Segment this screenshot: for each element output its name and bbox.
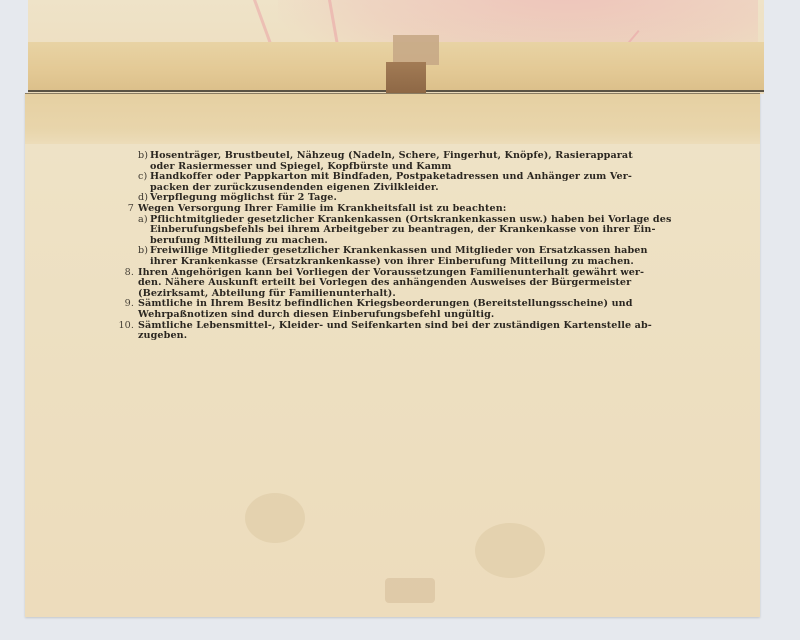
paper-stain (245, 493, 305, 543)
item-number: 9. (108, 299, 134, 310)
text-line: Wegen Versorgung Ihrer Familie im Krankh… (138, 204, 676, 215)
text-line: Hosenträger, Brustbeutel, Nähzeug (Nadel… (150, 151, 676, 162)
item-number: 10. (108, 321, 134, 332)
continued-item: b)Hosenträger, Brustbeutel, Nähzeug (Nad… (108, 151, 676, 204)
text-line: zugeben. (138, 331, 676, 342)
tape-patch (393, 35, 439, 65)
numbered-item: 7Wegen Versorgung Ihrer Familie im Krank… (108, 204, 676, 268)
text-line: Wehrpaßnotizen sind durch diesen Einberu… (138, 310, 676, 321)
numbered-item: 9.Sämtliche in Ihrem Besitz befindlichen… (108, 299, 676, 320)
item-number: 7 (108, 204, 134, 215)
paper-stain (385, 578, 435, 603)
sub-item: a)Pflichtmitglieder gesetzlicher Kranken… (138, 215, 676, 247)
sub-item: b)Freiwillige Mitglieder gesetzlicher Kr… (138, 246, 676, 267)
tape-strip-lower (25, 93, 760, 144)
text-line: Sämtliche Lebensmittel-, Kleider- und Se… (138, 321, 676, 332)
text-line: ihrer Krankenkasse (Ersatzkrankenkasse) … (150, 257, 676, 268)
numbered-item: 8.Ihren Angehörigen kann bei Vorliegen d… (108, 268, 676, 300)
tape-patch-dark (386, 62, 426, 94)
instructions-text: b)Hosenträger, Brustbeutel, Nähzeug (Nad… (108, 151, 676, 342)
upper-page-flap (28, 0, 764, 94)
item-number: 8. (108, 268, 134, 279)
sub-item-letter: c) (138, 172, 147, 183)
sub-item-letter: b) (138, 246, 148, 257)
sub-item: c)Handkoffer oder Pappkarton mit Bindfad… (138, 172, 676, 193)
sub-item: b)Hosenträger, Brustbeutel, Nähzeug (Nad… (138, 151, 676, 172)
sub-item-letter: b) (138, 151, 148, 162)
paper-stain (475, 523, 545, 578)
sub-item-letter: a) (138, 215, 148, 226)
numbered-item: 10.Sämtliche Lebensmittel-, Kleider- und… (108, 321, 676, 342)
